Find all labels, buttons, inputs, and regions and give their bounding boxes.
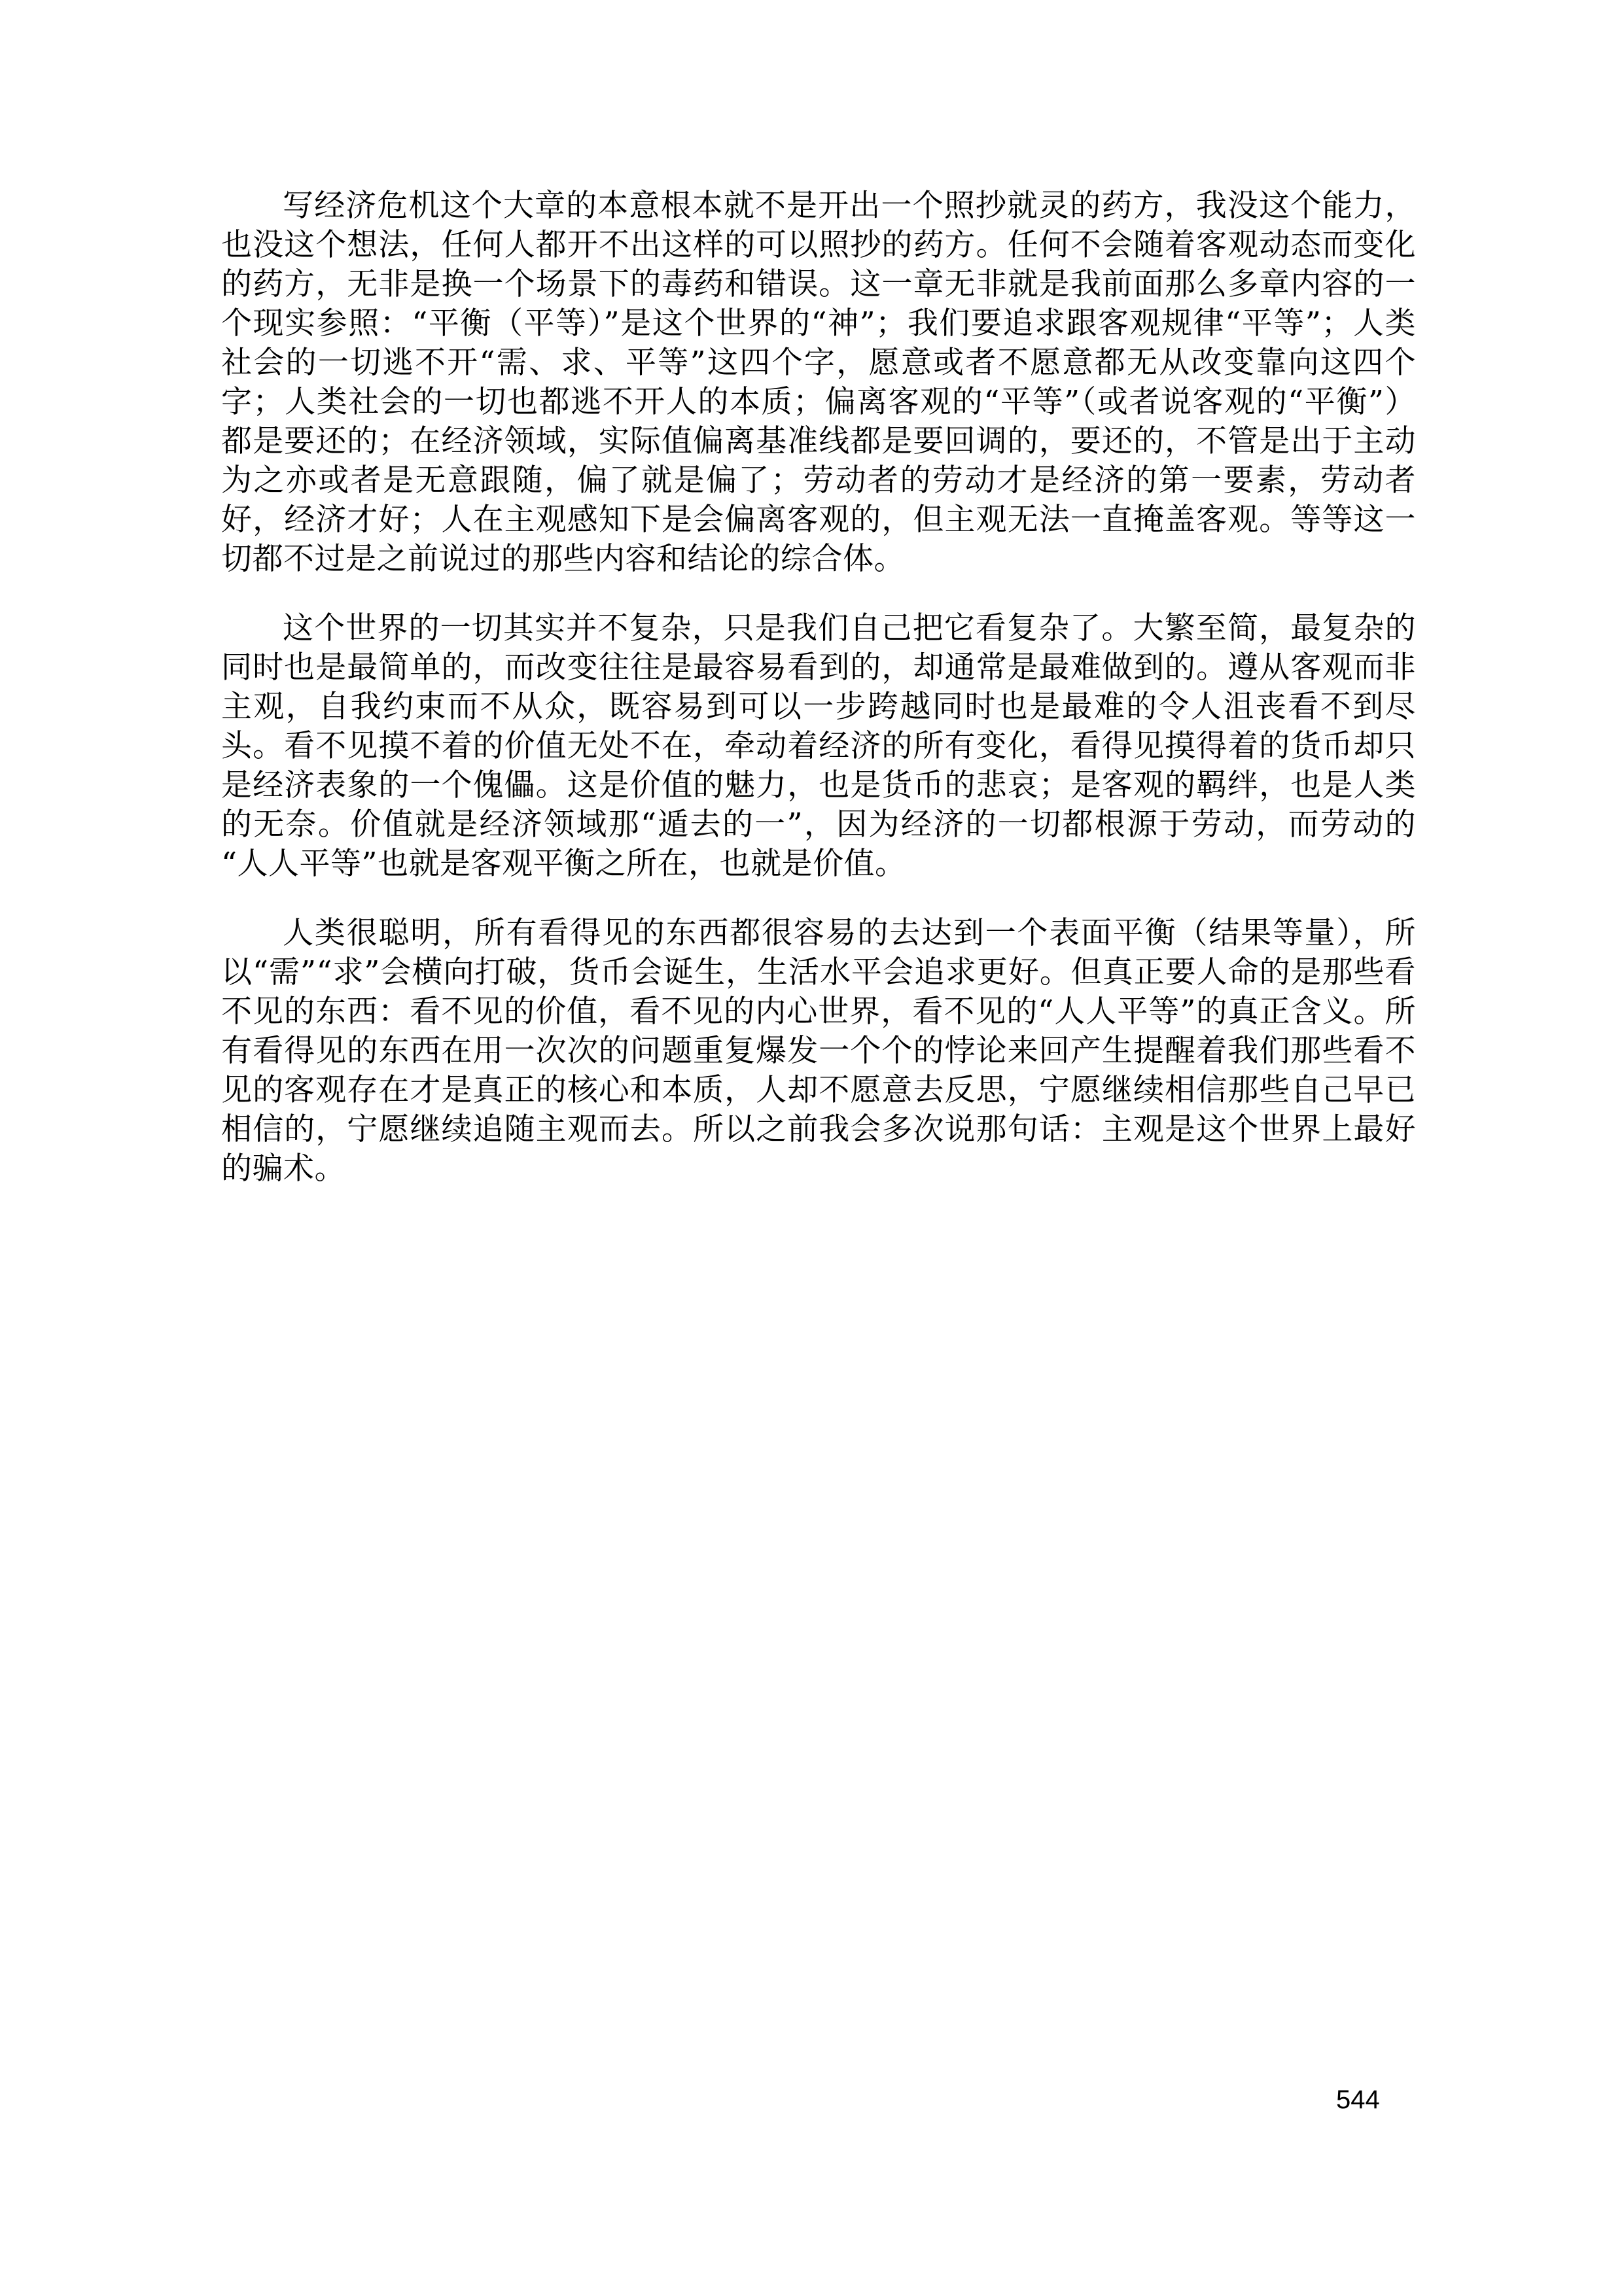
page-number: 544 bbox=[1336, 2085, 1380, 2114]
document-page: 写经济危机这个大章的本意根本就不是开出一个照抄就灵的药方，我没这个能力，也没这个… bbox=[0, 0, 1624, 2296]
page-body-text: 写经济危机这个大章的本意根本就不是开出一个照抄就灵的药方，我没这个能力，也没这个… bbox=[221, 186, 1416, 1189]
paragraph: 写经济危机这个大章的本意根本就不是开出一个照抄就灵的药方，我没这个能力，也没这个… bbox=[221, 186, 1416, 579]
paragraph: 人类很聪明，所有看得见的东西都很容易的去达到一个表面平衡（结果等量），所以“需”… bbox=[221, 914, 1416, 1189]
paragraph: 这个世界的一切其实并不复杂，只是我们自己把它看复杂了。大繁至简，最复杂的同时也是… bbox=[221, 609, 1416, 884]
